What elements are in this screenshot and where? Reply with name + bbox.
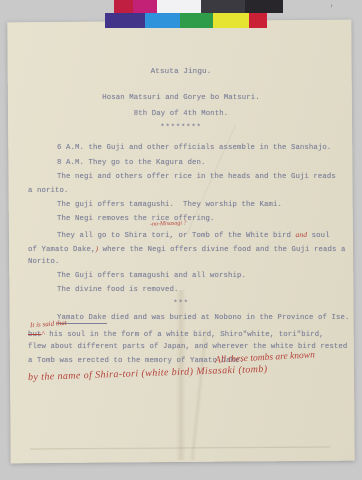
body-line: The negi and others offer rice in the he… <box>57 173 336 181</box>
color-swatch <box>180 13 213 28</box>
color-swatch <box>145 13 180 28</box>
color-swatch <box>213 13 249 28</box>
red-superscript-annotation: -no-Misasagi ? <box>150 220 187 227</box>
color-calibration-bar-bottom <box>105 13 267 28</box>
doc-date-line: 8th Day of 4th Month. <box>9 110 353 118</box>
color-swatch <box>133 0 157 13</box>
body-line: 6 A.M. the Guji and other officials asse… <box>57 144 331 152</box>
stray-mark: ' <box>329 4 334 14</box>
asterisk-separator: ******** <box>9 124 353 132</box>
body-text: They all go to Shira tori, or Tomb of th… <box>57 232 295 240</box>
body-text: soul <box>307 232 330 240</box>
body-text: where the Negi offers divine food and th… <box>98 246 345 254</box>
color-swatch <box>114 0 133 13</box>
document-paper <box>7 20 354 464</box>
body-line: The Guji offers tamagushi and all worshi… <box>57 272 246 280</box>
red-inserted-word: and <box>295 230 307 239</box>
color-swatch <box>245 0 283 13</box>
doc-subtitle: Hosan Matsuri and Gorye bo Matsuri. <box>9 94 353 102</box>
struck-word: but <box>28 331 42 339</box>
doc-title: Atsuta Jingu. <box>9 68 353 76</box>
body-line: of Yamato Dake,) where the Negi offers d… <box>28 244 346 254</box>
body-line: They all go to Shira tori, or Tomb of th… <box>57 230 330 240</box>
archival-photo: ' Atsuta Jingu. Hosan Matsuri and Gorye … <box>0 0 362 480</box>
body-line: a norito. <box>28 187 69 195</box>
body-line: The divine food is removed. <box>57 286 178 294</box>
body-line: Norito. <box>28 258 60 266</box>
color-calibration-bar-top <box>114 0 283 13</box>
body-line: The guji offers tamagushi. They worship … <box>57 201 282 209</box>
body-text: died and was buried at Nobono in the Pro… <box>107 314 350 322</box>
color-swatch <box>157 0 201 13</box>
color-swatch <box>105 13 145 28</box>
body-line: but^ his soul in the form of a white bir… <box>28 329 324 339</box>
body-line: flew about different parts of Japan, and… <box>28 343 347 351</box>
body-text: of Yamato Dake, <box>28 246 95 254</box>
color-swatch <box>201 0 245 13</box>
body-line: The Negi removes the rice offering. <box>57 215 214 223</box>
body-text: his soul in the form of a white bird, Sh… <box>45 331 324 339</box>
body-line: Yamato Dake died and was buried at Nobon… <box>57 314 349 322</box>
color-swatch <box>249 13 267 28</box>
body-line: a Tomb was erected to the memory of Yama… <box>28 357 244 365</box>
body-line: 8 A.M. They go to the Kagura den. <box>57 159 205 167</box>
asterisk-separator: *** <box>9 300 353 308</box>
